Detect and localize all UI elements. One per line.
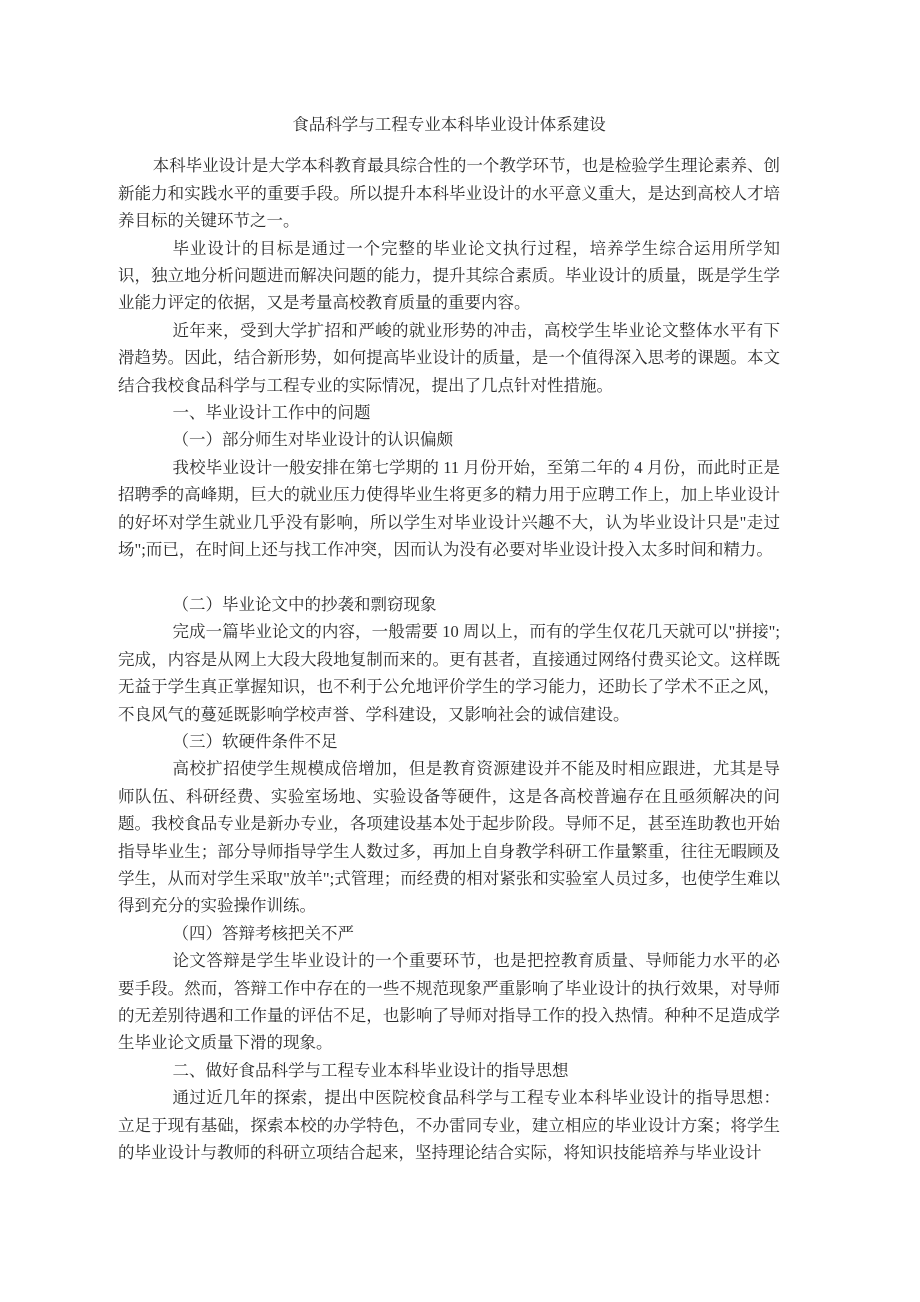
heading-section-2: 二、做好食品科学与工程专业本科毕业设计的指导思想	[118, 1057, 780, 1084]
paragraph-issue-defense: 论文答辩是学生毕业设计的一个重要环节，也是把控教育质量、导师能力水平的必要手段。…	[118, 947, 780, 1057]
document-title: 食品科学与工程专业本科毕业设计体系建设	[118, 111, 780, 138]
document-content: 食品科学与工程专业本科毕业设计体系建设 本科毕业设计是大学本科教育最具综合性的一…	[118, 111, 780, 1166]
heading-sub-1-3: （三）软硬件条件不足	[118, 728, 780, 755]
paragraph-trend: 近年来，受到大学扩招和严峻的就业形势的冲击，高校学生毕业论文整体水平有下滑趋势。…	[118, 317, 780, 399]
paragraph-issue-recognition: 我校毕业设计一般安排在第七学期的 11 月份开始，至第二年的 4 月份，而此时正…	[118, 454, 780, 564]
paragraph-overview: 本科毕业设计是大学本科教育最具综合性的一个教学环节，也是检验学生理论素养、创新能…	[118, 152, 780, 234]
paragraph-guiding-ideology: 通过近几年的探索，提出中医院校食品科学与工程专业本科毕业设计的指导思想：立足于现…	[118, 1084, 780, 1166]
heading-sub-1-1: （一）部分师生对毕业设计的认识偏颇	[118, 426, 780, 453]
paragraph-goal: 毕业设计的目标是通过一个完整的毕业论文执行过程，培养学生综合运用所学知识，独立地…	[118, 235, 780, 317]
document-page: 食品科学与工程专业本科毕业设计体系建设 本科毕业设计是大学本科教育最具综合性的一…	[0, 0, 920, 1302]
paragraph-issue-resources: 高校扩招使学生规模成倍增加，但是教育资源建设并不能及时相应跟进，尤其是导师队伍、…	[118, 755, 780, 919]
heading-sub-1-2: （二）毕业论文中的抄袭和剽窃现象	[118, 591, 780, 618]
heading-section-1: 一、毕业设计工作中的问题	[118, 399, 780, 426]
paragraph-issue-plagiarism: 完成一篇毕业论文的内容，一般需要 10 周以上，而有的学生仅花几天就可以"拼接"…	[118, 618, 780, 728]
heading-sub-1-4: （四）答辩考核把关不严	[118, 920, 780, 947]
